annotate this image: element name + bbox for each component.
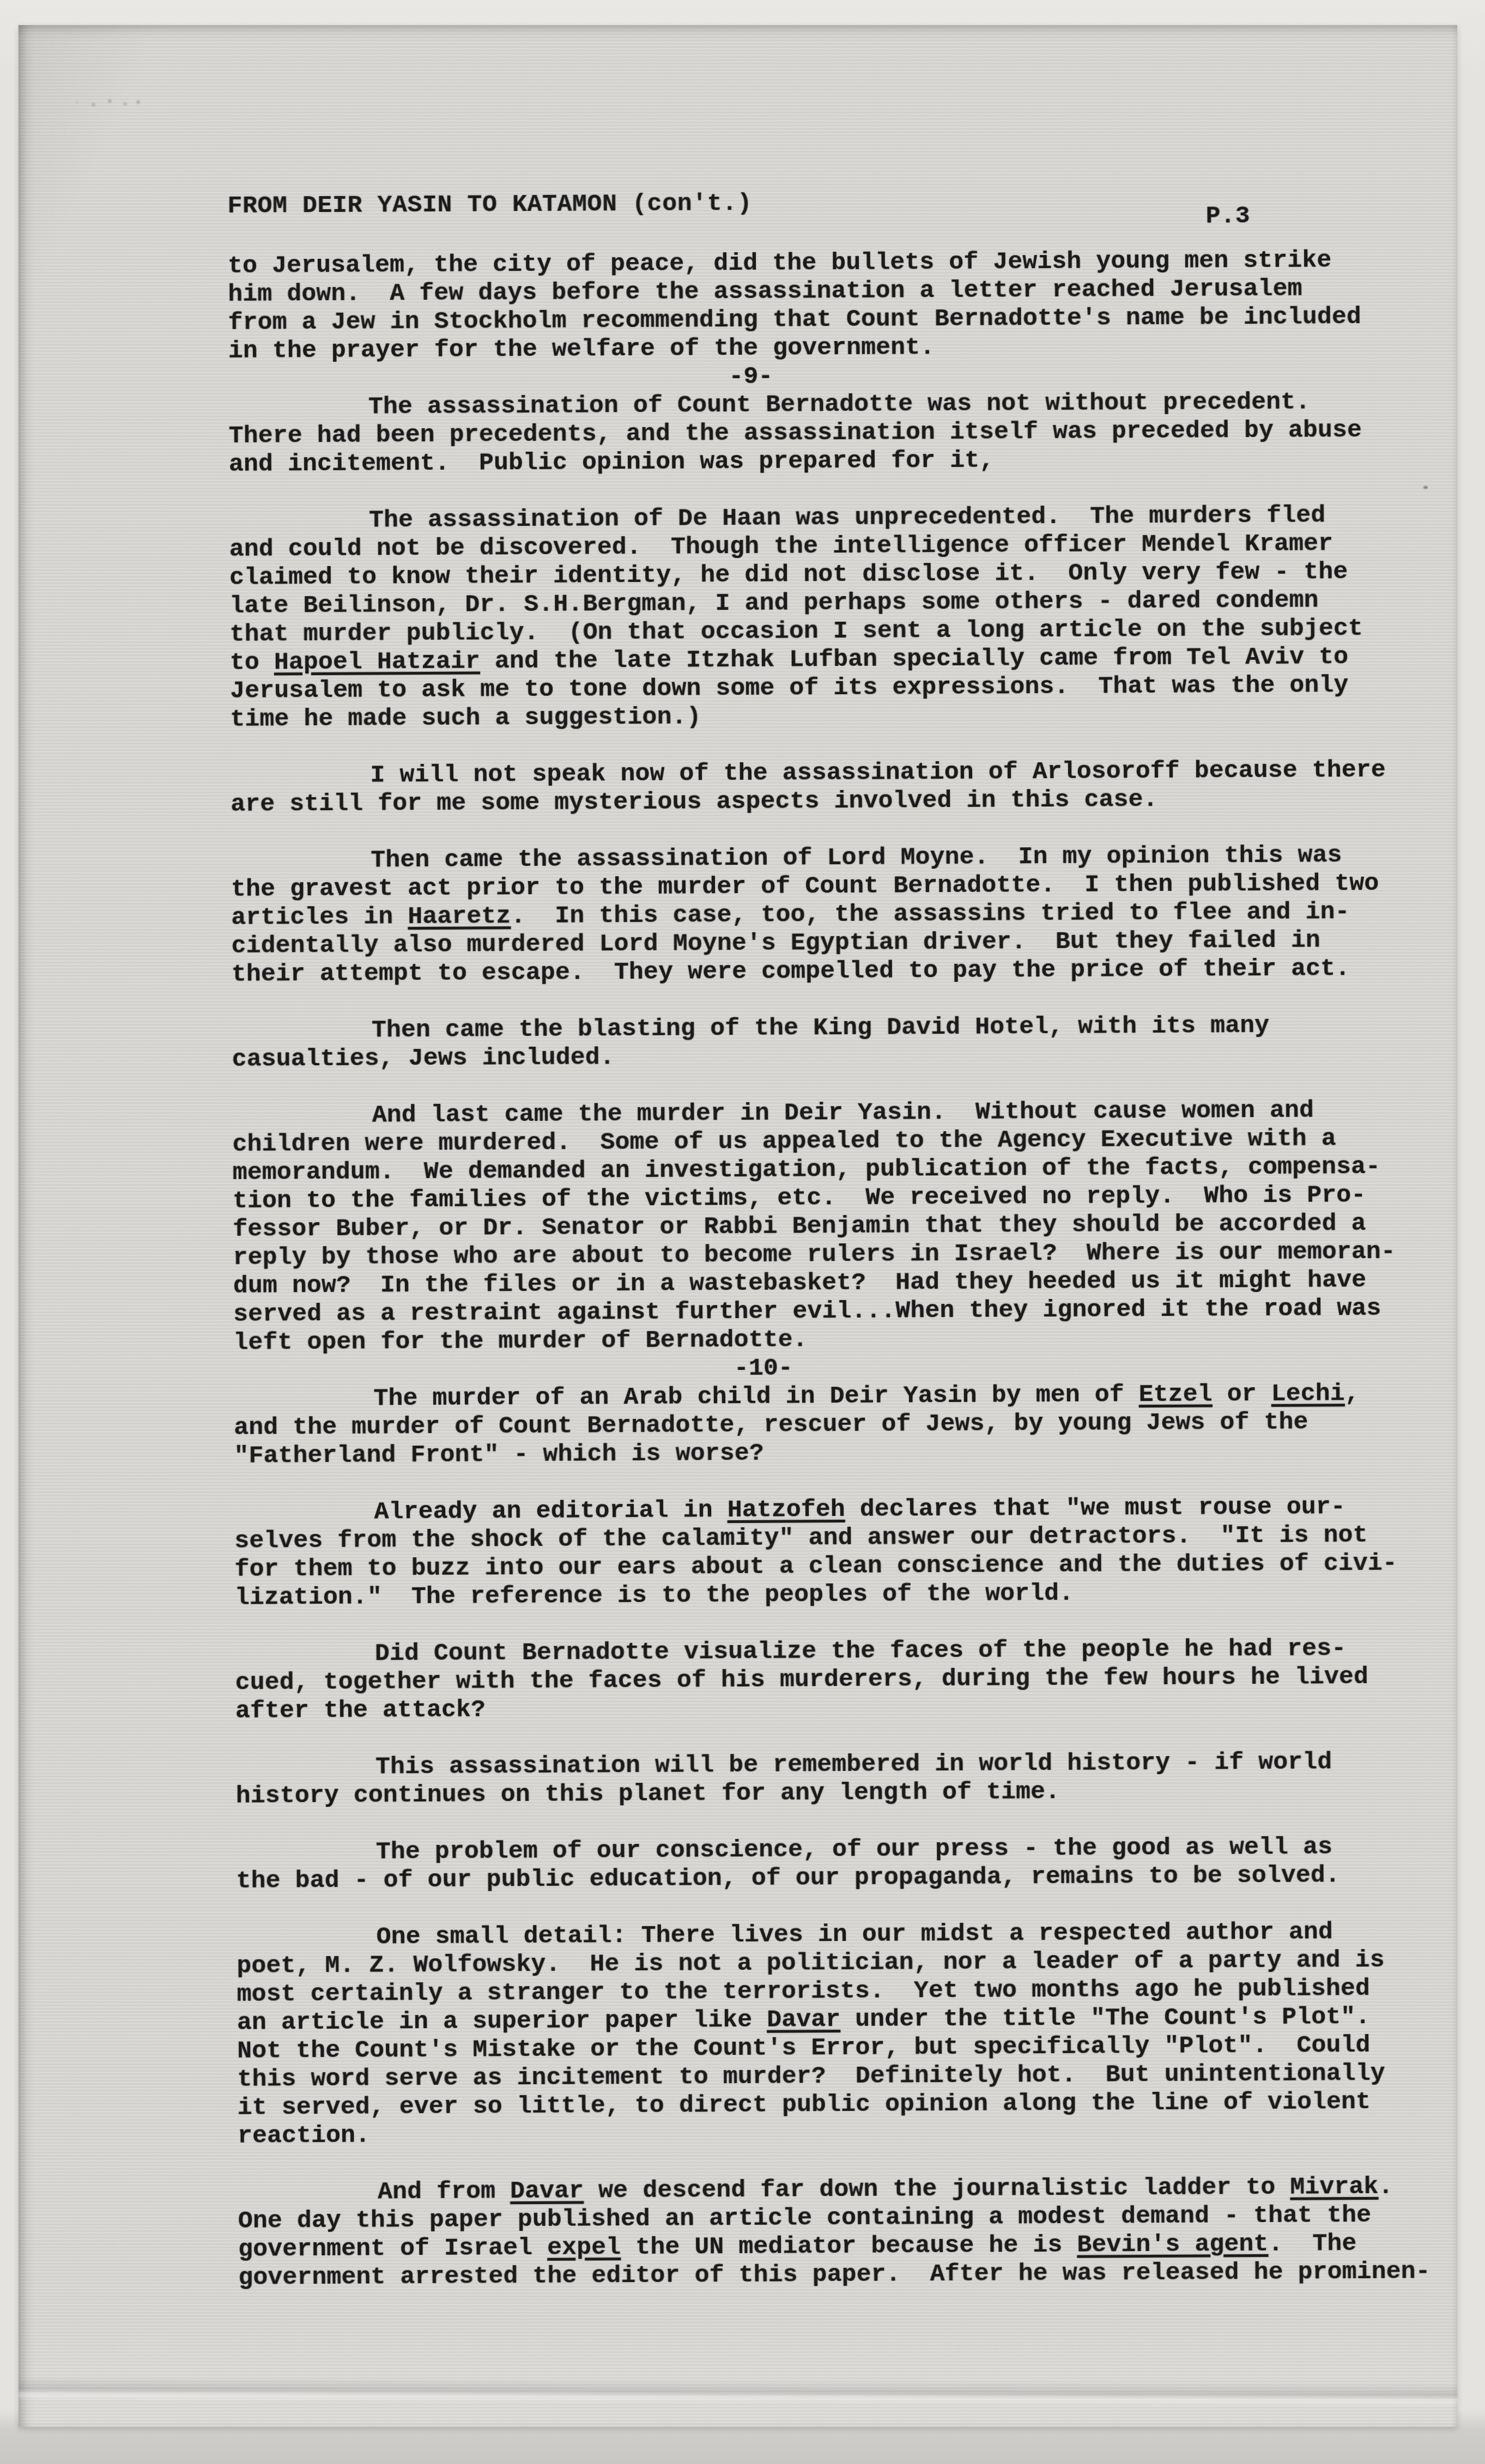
underlined-term: Mivrak [1290,2173,1378,2201]
text-line: the bad - of our public education, of ou… [236,1861,1485,1896]
underlined-term: Hatzofeh [728,1496,845,1524]
paragraph: Did Count Bernadotte visualize the faces… [235,1634,1485,1726]
page-number: P.3 [1205,202,1250,230]
text-line: and incitement. Public opinion was prepa… [229,444,1482,479]
document-title: FROM DEIR YASIN TO KATAMON (con't.) [227,190,752,221]
paragraph: This assassination will be remembered in… [235,1747,1485,1811]
underlined-term: Davar [767,2006,840,2034]
typewritten-text-layer: FROM DEIR YASIN TO KATAMON (con't.) P.3 … [14,21,1465,2431]
text-line: time he made such a suggestion.) [230,699,1483,734]
underlined-term: Etzel [1139,1380,1213,1409]
text-line: government arrested the editor of this p… [238,2257,1485,2292]
underlined-term: Lechi [1271,1380,1345,1408]
text-line: their attempt to escape. They were compe… [232,954,1485,989]
scanned-document: FROM DEIR YASIN TO KATAMON (con't.) P.3 … [0,0,1485,2464]
paragraph: to Jerusalem, the city of peace, did the… [228,246,1482,366]
underlined-term: Davar [510,2177,584,2206]
underlined-term: Bevin's agent [1077,2230,1268,2259]
text-line: after the attack? [235,1691,1485,1726]
paragraph: The murder of an Arab child in Deir Yasi… [234,1379,1485,1471]
paragraph: The assassination of De Haan was unprece… [229,501,1483,734]
paragraph: Then came the assassination of Lord Moyn… [231,841,1485,989]
paragraph: The problem of our conscience, of our pr… [236,1832,1485,1896]
paragraph: Then came the blasting of the King David… [232,1011,1485,1074]
text-line: "Fatherland Front" - which is worse? [234,1436,1485,1471]
document-page: FROM DEIR YASIN TO KATAMON (con't.) P.3 … [19,25,1457,2427]
underlined-term: expel [547,2234,621,2262]
text-line: lization." The reference is to the peopl… [235,1577,1485,1612]
paragraph: And from Davar we descend far down the j… [238,2172,1485,2292]
paragraph: The assassination of Count Bernadotte wa… [228,387,1482,479]
paragraph: And last came the murder in Deir Yasin. … [232,1096,1485,1357]
paragraph: Already an editorial in Hatzofeh declare… [234,1492,1485,1612]
text-line: casualties, Jews included. [232,1039,1485,1074]
body-text: to Jerusalem, the city of peace, did the… [228,246,1485,2292]
underlined-term: Hapoel Hatzair [274,647,480,676]
text-line: are still for me some mysterious aspects… [231,784,1484,819]
text-line: history continues on this planet for any… [236,1776,1485,1811]
underlined-term: Haaretz [408,902,511,931]
paragraph: One small detail: There lives in our mid… [237,1917,1485,2151]
paragraph: I will not speak now of the assassinatio… [231,756,1484,819]
